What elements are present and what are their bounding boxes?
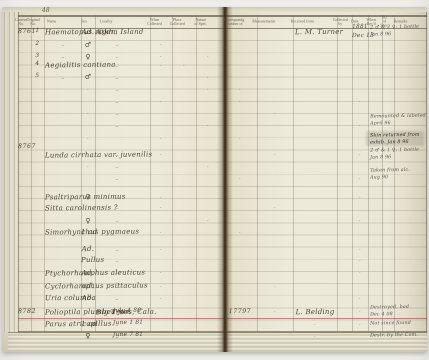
ditto-mark: ·	[352, 219, 368, 225]
ledger-entry: Dec 13	[352, 34, 368, 40]
ledger-entry: Destroyed, bad	[370, 304, 409, 309]
header-label: Name	[44, 15, 81, 28]
ditto-mark: ·	[150, 196, 172, 202]
header-label-text: Date	[349, 19, 361, 23]
ditto-mark: –	[96, 43, 138, 49]
ditto-mark: ·	[352, 248, 368, 254]
ledger-entry: 1 ad	[81, 321, 95, 328]
ditto-mark: –	[96, 124, 138, 130]
ditto-mark: ·	[150, 64, 172, 70]
ledger-entry: April 96	[370, 121, 391, 126]
ledger-entry: ♀	[81, 54, 95, 61]
ledger-entry: ♀	[81, 333, 95, 340]
column-line	[352, 15, 353, 332]
ledger-entry: 8782	[18, 309, 32, 315]
ditto-mark: –	[45, 76, 81, 82]
ledger-entry: Atkha Island	[96, 29, 144, 36]
ditto-mark: –	[96, 297, 138, 303]
ditto-mark: ·	[352, 271, 368, 277]
ditto-mark: ·	[226, 137, 254, 143]
header-label-text: Place Collected	[168, 17, 186, 25]
ditto-mark: ·	[81, 112, 95, 118]
column-line	[196, 15, 197, 332]
ditto-mark: ·	[196, 165, 220, 171]
ledger-entry: ♂	[81, 41, 95, 48]
header-label-text: Name	[38, 19, 65, 23]
ditto-mark: ·	[150, 271, 172, 277]
ditto-mark: ·	[352, 177, 368, 183]
ditto-mark: –	[96, 112, 138, 118]
ditto-mark: ·	[150, 137, 172, 143]
ledger-entry: Not since found	[370, 320, 411, 326]
ditto-mark: ·	[196, 88, 220, 94]
column-line	[368, 15, 369, 332]
header-label-text: Locality	[86, 19, 126, 23]
ditto-mark: ·	[226, 88, 254, 94]
ledger-entry: 17797	[226, 309, 254, 316]
ditto-mark: –	[96, 231, 138, 237]
header-label: Received from	[293, 15, 337, 28]
ledger-entry: Ad.	[81, 246, 95, 253]
ditto-mark: ·	[295, 335, 335, 341]
ditto-mark: –	[96, 271, 138, 277]
header-label-text: Received from	[286, 19, 318, 23]
ditto-mark: ·	[150, 153, 172, 159]
ditto-mark: ·	[150, 285, 172, 291]
ditto-mark: ·	[150, 206, 172, 212]
ditto-mark: ·	[257, 310, 293, 316]
ledger-entry: Jan 8 96	[370, 32, 391, 37]
header-label: Nature of Spec.	[196, 15, 222, 28]
ditto-mark: ·	[150, 55, 172, 61]
header-label-text: Current No.	[15, 17, 27, 25]
ledger-entry: Aug 90	[370, 174, 388, 179]
left-page-margin-line	[18, 12, 19, 332]
right-page-edge-line	[426, 12, 427, 332]
ditto-mark: ·	[81, 137, 95, 143]
ledger-entry: 1 ad	[81, 229, 95, 236]
ledger-entry: ♀	[81, 218, 95, 225]
ditto-mark: ·	[352, 124, 368, 130]
ledger-entry: Pullus	[81, 257, 95, 264]
ditto-mark: –	[96, 219, 138, 225]
ditto-mark: ·	[150, 297, 172, 303]
ledger-entry: Jan 8 96	[370, 154, 391, 159]
ditto-mark: ·	[295, 323, 335, 329]
header-label-text: Collected by	[333, 17, 348, 25]
ledger-entry: Ad.	[81, 270, 95, 277]
ditto-mark: ·	[352, 259, 368, 265]
ditto-mark: ·	[150, 43, 172, 49]
ledger-entry: L. M. Turner	[295, 29, 335, 36]
ditto-mark: –	[96, 100, 138, 106]
column-line	[394, 15, 395, 332]
ditto-mark: –	[45, 55, 81, 61]
ditto-mark: ·	[150, 231, 172, 237]
ditto-mark: ·	[196, 76, 220, 82]
ledger-entry: 1881	[352, 25, 368, 31]
ditto-mark: ·	[150, 248, 172, 254]
ditto-mark: ·	[352, 100, 368, 106]
ledger-entry: 1	[32, 29, 43, 35]
ditto-mark: ·	[352, 323, 368, 329]
ditto-mark: ·	[226, 231, 254, 237]
ditto-mark: –	[96, 55, 138, 61]
ledger-photo: 48 Current No.Original No.NameSexLocalit…	[0, 0, 429, 360]
ledger-entry: ♂	[81, 74, 95, 81]
left-page-edges	[2, 12, 18, 332]
column-line	[337, 15, 338, 332]
ledger-entry: July 4 80	[113, 309, 138, 315]
ditto-mark: –	[96, 153, 138, 159]
ditto-mark: ·	[226, 177, 254, 183]
column-line	[172, 15, 173, 332]
ditto-mark: –	[96, 335, 138, 341]
header-label: Locality	[95, 15, 150, 28]
page-number: 48	[42, 7, 50, 14]
ditto-mark: –	[96, 323, 138, 329]
ditto-mark: –	[96, 259, 138, 265]
ditto-mark: ·	[257, 206, 293, 212]
ledger-entry: ♀	[81, 194, 95, 201]
header-label-text: Correspondg Number of	[223, 17, 244, 25]
ledger-entry: Ad.	[81, 295, 95, 302]
ledger-entry: 2 ♂ & 2 ♀; 1 bottle	[370, 24, 419, 30]
ditto-mark: ·	[81, 88, 95, 94]
ditto-mark: –	[96, 285, 138, 291]
header-label-text: Measurements	[251, 19, 277, 23]
ditto-mark: ·	[257, 285, 293, 291]
ledger-entry: 2 ♂ & 1 ♀; 1 bottle	[370, 147, 419, 153]
ditto-mark: ·	[196, 55, 220, 61]
ditto-mark: –	[96, 196, 138, 202]
ditto-mark: ·	[352, 297, 368, 303]
ledger-entry: 8767	[18, 144, 32, 150]
ditto-mark: –	[96, 177, 138, 183]
ditto-mark: ·	[196, 124, 220, 130]
ditto-mark: ·	[257, 153, 293, 159]
ditto-mark: –	[96, 248, 138, 254]
ledger-entry: 3	[32, 54, 43, 60]
ledger-entry: Taken from alc.	[370, 167, 410, 172]
ditto-mark: ·	[257, 112, 293, 118]
ditto-mark: ·	[352, 196, 368, 202]
header-label-text: When Collected	[146, 17, 162, 25]
ledger-entry: Ad.	[81, 29, 95, 36]
ditto-mark: –	[96, 165, 138, 171]
ditto-mark: ·	[81, 165, 95, 171]
ditto-mark: –	[96, 88, 138, 94]
ledger-entry: 2	[32, 41, 43, 47]
ledger-entry: 8761	[18, 29, 32, 35]
ditto-mark: ·	[196, 219, 220, 225]
ledger-entry: 4	[32, 62, 43, 68]
ledger-entry: ad.	[81, 283, 95, 290]
ditto-mark: –	[96, 76, 138, 82]
ditto-mark: ·	[150, 100, 172, 106]
ledger-entry: exhib. Jan 8 96	[370, 139, 409, 144]
ditto-mark: ·	[226, 100, 254, 106]
ditto-mark: –	[96, 206, 138, 212]
ledger-entry: 5	[32, 74, 43, 80]
ledger-entry: L. Belding	[295, 309, 335, 316]
ditto-mark: ·	[352, 153, 368, 159]
column-line	[293, 15, 294, 332]
ditto-mark: –	[96, 64, 138, 70]
ledger-entry: Dec 4 08	[370, 311, 393, 316]
ditto-mark: ·	[172, 64, 196, 70]
ditto-mark: –	[45, 43, 81, 49]
ditto-mark: ·	[352, 310, 368, 316]
header-label-text: Nature of Spec.	[192, 17, 211, 25]
